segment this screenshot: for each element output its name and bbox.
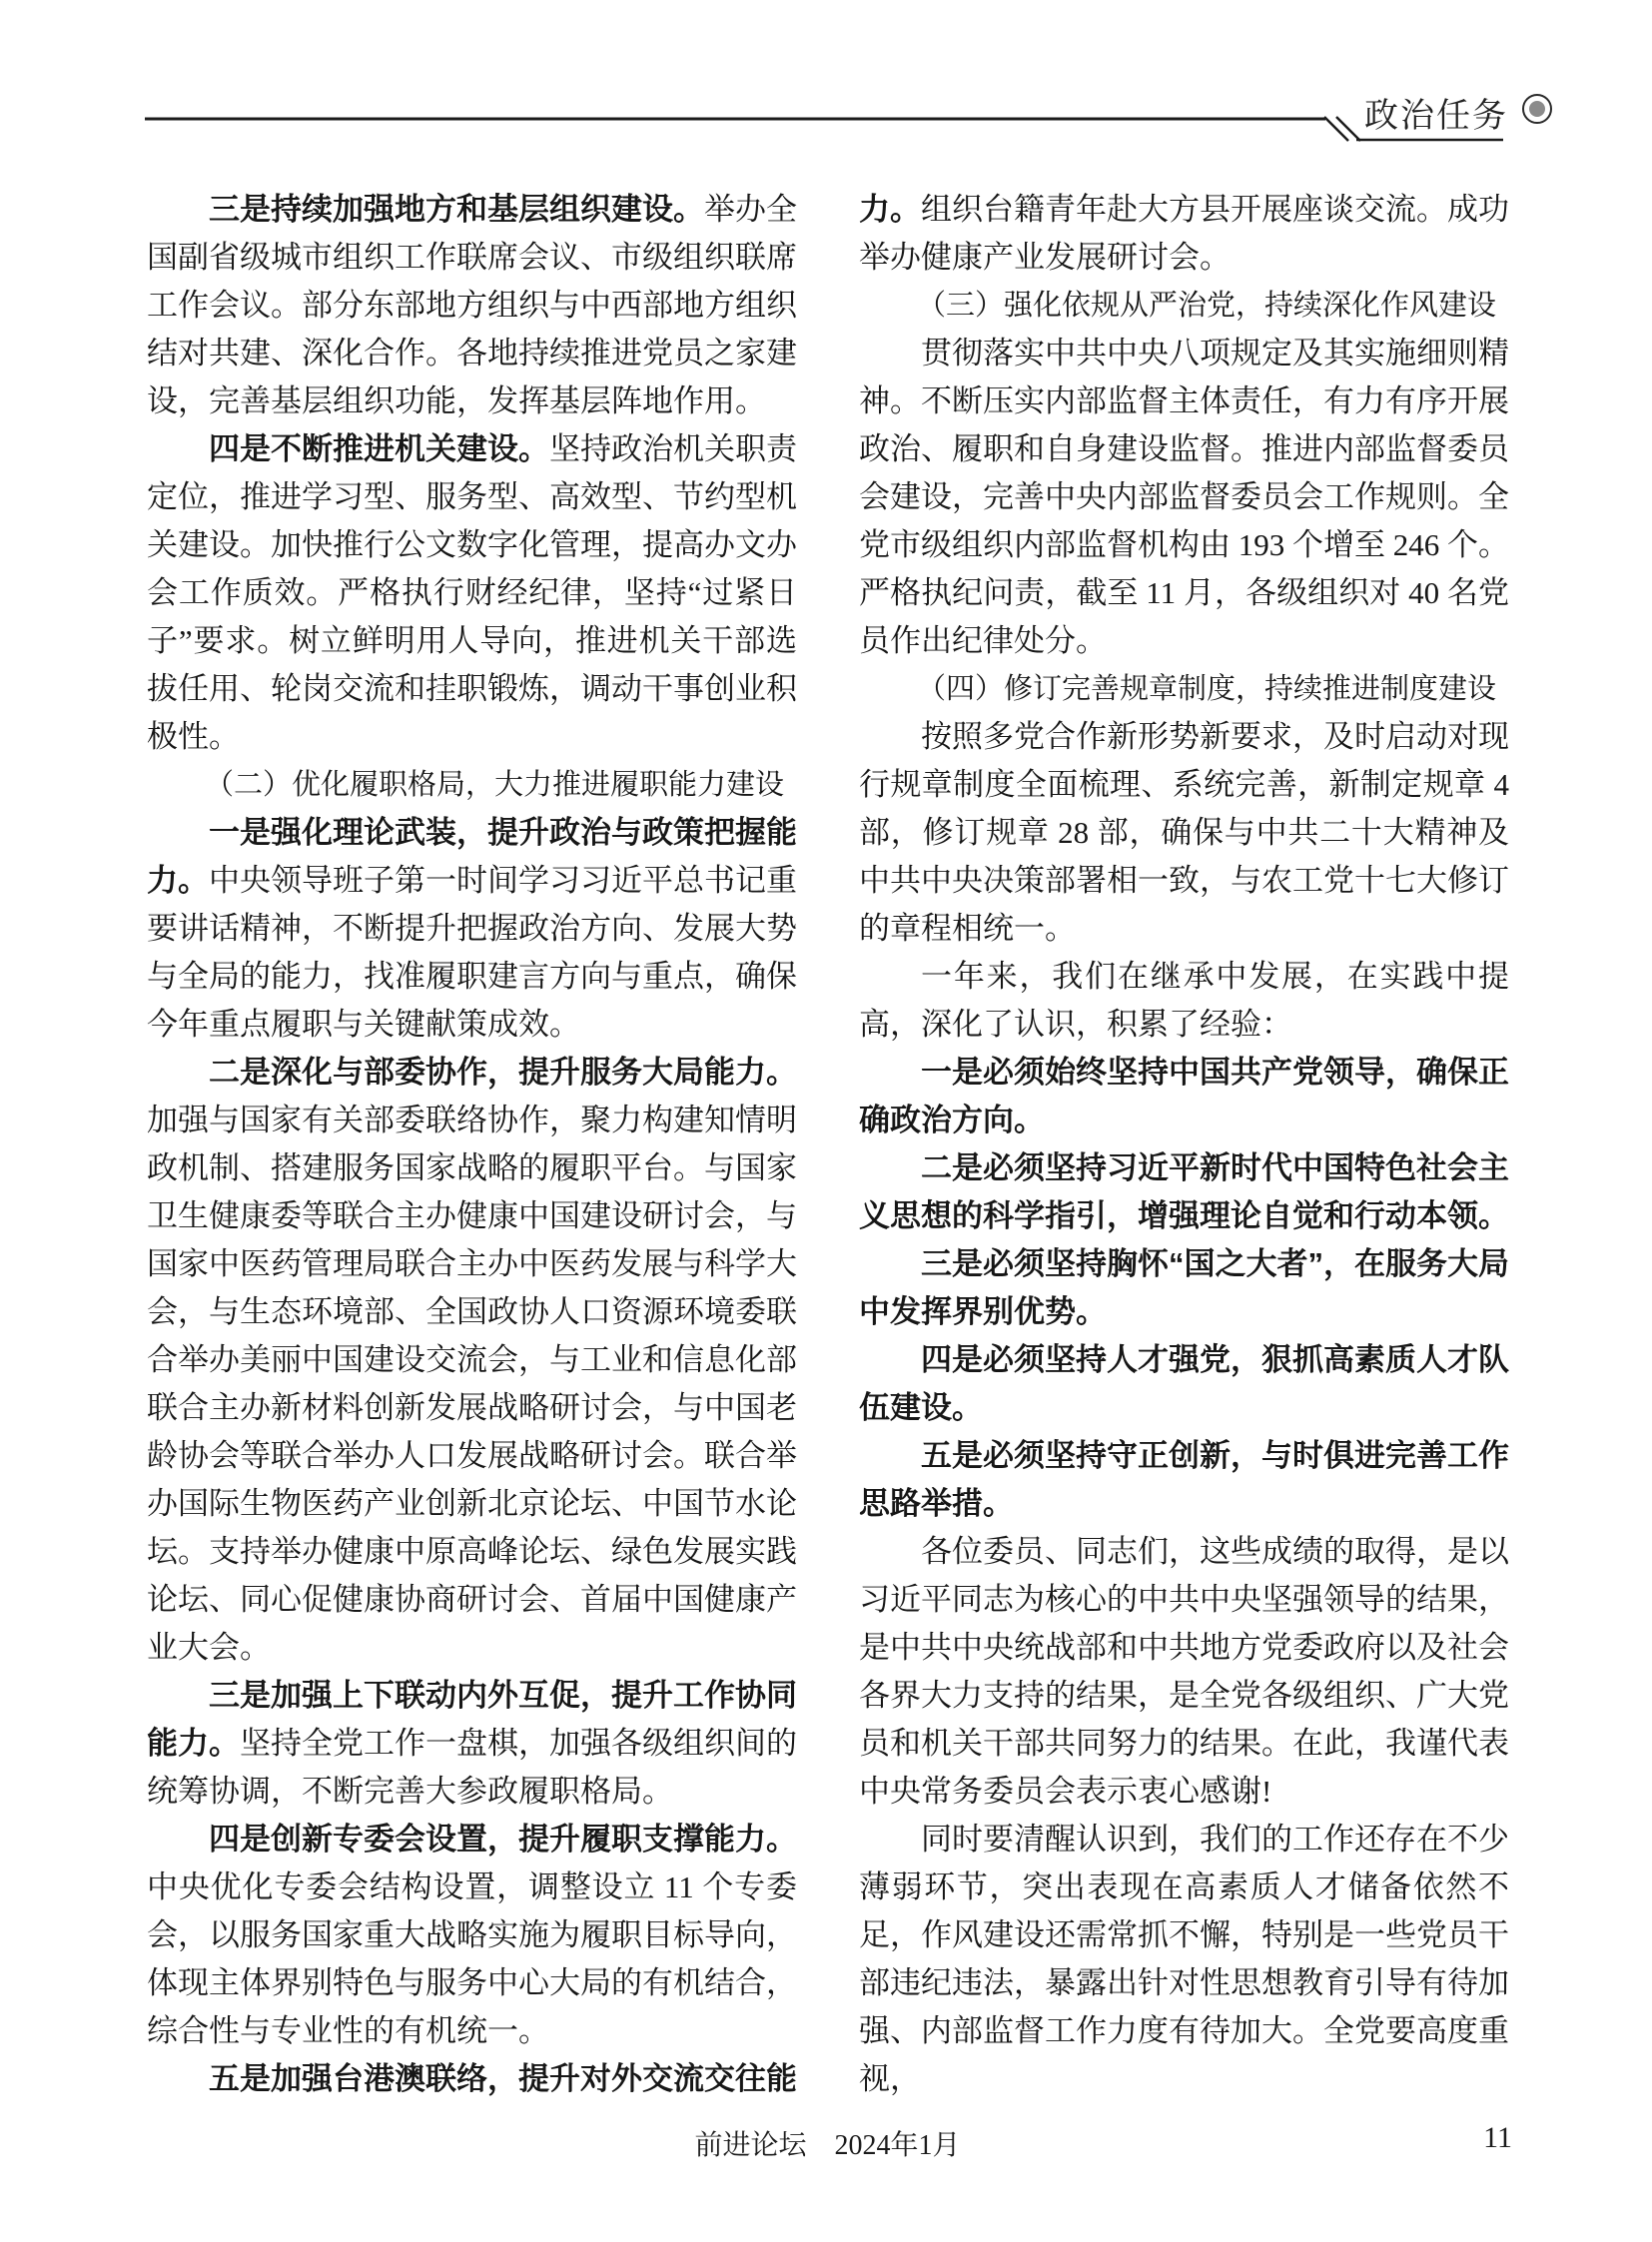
page-number: 11 [1483, 2121, 1512, 2155]
section-heading: （二）优化履职格局，大力推进履职能力建设 [147, 761, 797, 809]
text-run: 组织台籍青年赴大方县开展座谈交流。成功举办健康产业发展研讨会。 [859, 192, 1509, 275]
magazine-page: 政治任务 三是持续加强地方和基层组织建设。举办全国副省级城市组织工作联席会议、市… [0, 0, 1652, 2242]
paragraph: 五是加强台港澳联络，提升对外交流交往能 [147, 2055, 797, 2103]
text-run: 五是加强台港澳联络，提升对外交流交往能 [209, 2061, 797, 2096]
text-run: 一是必须始终坚持中国共产党领导，确保正确政治方向。 [859, 1055, 1509, 1137]
paragraph: 力。组织台籍青年赴大方县开展座谈交流。成功举办健康产业发展研讨会。 [859, 186, 1509, 282]
text-run: 三是必须坚持胸怀“国之大者”，在服务大局中发挥界别优势。 [859, 1246, 1509, 1329]
section-heading: （三）强化依规从严治党，持续深化作风建设 [859, 282, 1509, 330]
section-heading: （四）修订完善规章制度，持续推进制度建设 [859, 665, 1509, 713]
text-run: 中央领导班子第一时间学习习近平总书记重要讲话精神，不断提升把握政治方向、发展大势… [147, 863, 797, 1042]
paragraph: 四是创新专委会设置，提升履职支撑能力。中央优化专委会结构设置，调整设立 11 个… [147, 1816, 797, 2055]
section-label: 政治任务 [1364, 88, 1508, 137]
text-run: 五是必须坚持守正创新，与时俱进完善工作思路举措。 [859, 1438, 1509, 1521]
text-run: 贯彻落实中共中央八项规定及其实施细则精神。不断压实内部监督主体责任，有力有序开展… [859, 336, 1509, 658]
header-rule-line [0, 0, 1652, 170]
text-run: （三）强化依规从严治党，持续深化作风建设 [917, 290, 1496, 322]
paragraph: 三是持续加强地方和基层组织建设。举办全国副省级城市组织工作联席会议、市级组织联席… [147, 186, 797, 425]
text-run: 坚持政治机关职责定位，推进学习型、服务型、高效型、节约型机关建设。加快推行公文数… [147, 431, 797, 754]
paragraph: 各位委员、同志们，这些成绩的取得，是以习近平同志为核心的中共中央坚强领导的结果，… [859, 1528, 1509, 1816]
issue-date: 2024年1月 [835, 2130, 961, 2161]
text-run: 按照多党合作新形势新要求，及时启动对现行规章制度全面梳理、系统完善，新制定规章 … [859, 719, 1509, 946]
text-run: 二是必须坚持习近平新时代中国特色社会主义思想的科学指引，增强理论自觉和行动本领。 [859, 1150, 1509, 1233]
text-run: 四是必须坚持人才强党，狠抓高素质人才队伍建设。 [859, 1342, 1509, 1425]
paragraph: 一是强化理论武装，提升政治与政策把握能力。中央领导班子第一时间学习习近平总书记重… [147, 809, 797, 1049]
text-run: 力。 [859, 192, 921, 227]
text-run: 同时要清醒认识到，我们的工作还存在不少薄弱环节，突出表现在高素质人才储备依然不足… [859, 1822, 1509, 2096]
paragraph: 四是必须坚持人才强党，狠抓高素质人才队伍建设。 [859, 1336, 1509, 1432]
text-run: 中央优化专委会结构设置，调整设立 11 个专委会，以服务国家重大战略实施为履职目… [147, 1869, 797, 2048]
paragraph: 一是必须始终坚持中国共产党领导，确保正确政治方向。 [859, 1049, 1509, 1144]
paragraph: 贯彻落实中共中央八项规定及其实施细则精神。不断压实内部监督主体责任，有力有序开展… [859, 330, 1509, 665]
bullseye-dot [1529, 101, 1545, 117]
text-run: 坚持全党工作一盘棋，加强各级组织间的统筹协调，不断完善大参政履职格局。 [147, 1726, 797, 1809]
paragraph: 二是深化与部委协作，提升服务大局能力。加强与国家有关部委联络协作，聚力构建知情明… [147, 1049, 797, 1672]
text-column-left: 三是持续加强地方和基层组织建设。举办全国副省级城市组织工作联席会议、市级组织联席… [147, 186, 797, 2103]
text-run: 加强与国家有关部委联络协作，聚力构建知情明政机制、搭建服务国家战略的履职平台。与… [147, 1103, 797, 1665]
text-run: 三是持续加强地方和基层组织建设。 [209, 192, 704, 227]
paragraph: 三是加强上下联动内外互促，提升工作协同能力。坚持全党工作一盘棋，加强各级组织间的… [147, 1672, 797, 1816]
text-run: 一年来，我们在继承中发展，在实践中提高，深化了认识，积累了经验： [859, 959, 1509, 1042]
page-footer: 前进论坛2024年1月 [147, 2123, 1508, 2163]
text-run: 四是创新专委会设置，提升履职支撑能力。 [209, 1822, 797, 1857]
paragraph: 三是必须坚持胸怀“国之大者”，在服务大局中发挥界别优势。 [859, 1240, 1509, 1336]
paragraph: 二是必须坚持习近平新时代中国特色社会主义思想的科学指引，增强理论自觉和行动本领。 [859, 1144, 1509, 1240]
paragraph: 按照多党合作新形势新要求，及时启动对现行规章制度全面梳理、系统完善，新制定规章 … [859, 713, 1509, 953]
text-run: 二是深化与部委协作，提升服务大局能力。 [209, 1055, 797, 1090]
paragraph: 五是必须坚持守正创新，与时俱进完善工作思路举措。 [859, 1432, 1509, 1528]
paragraph: 一年来，我们在继承中发展，在实践中提高，深化了认识，积累了经验： [859, 953, 1509, 1049]
bullseye-icon [1522, 94, 1552, 124]
paragraph: 四是不断推进机关建设。坚持政治机关职责定位，推进学习型、服务型、高效型、节约型机… [147, 425, 797, 761]
text-run: （二）优化履职格局，大力推进履职能力建设 [205, 769, 784, 801]
text-column-right: 力。组织台籍青年赴大方县开展座谈交流。成功举办健康产业发展研讨会。（三）强化依规… [859, 186, 1509, 2103]
text-run: 各位委员、同志们，这些成绩的取得，是以习近平同志为核心的中共中央坚强领导的结果，… [859, 1534, 1509, 1809]
paragraph: 同时要清醒认识到，我们的工作还存在不少薄弱环节，突出表现在高素质人才储备依然不足… [859, 1816, 1509, 2103]
text-run: 四是不断推进机关建设。 [209, 431, 549, 466]
journal-name: 前进论坛 [694, 2130, 806, 2161]
text-run: （四）修订完善规章制度，持续推进制度建设 [917, 673, 1496, 705]
